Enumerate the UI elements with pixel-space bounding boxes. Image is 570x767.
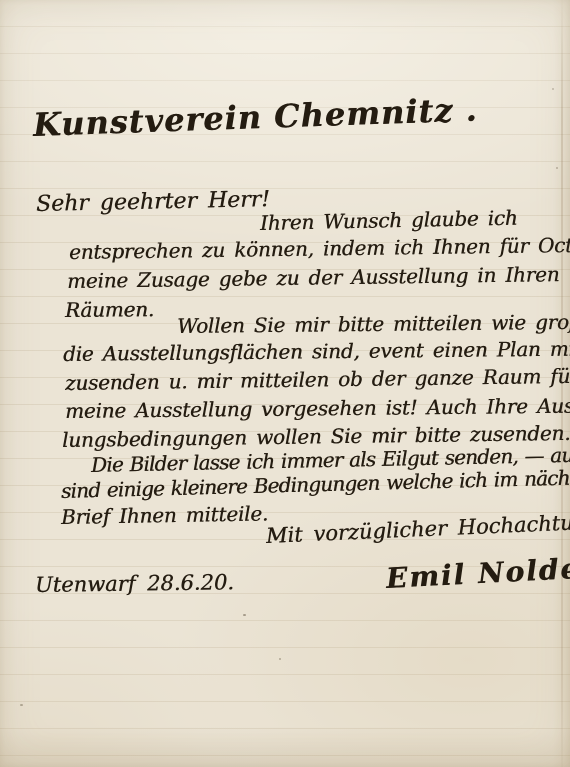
letter-body-line: meine Ausstellung vorgesehen ist! Auch I… xyxy=(65,393,570,423)
letter-heading: Kunstverein Chemnitz . xyxy=(32,90,478,143)
letter-place-date: Utenwarf 28.6.20. xyxy=(35,570,234,597)
letter-body-line: Räumen. xyxy=(65,297,154,322)
letter-paper: Kunstverein Chemnitz . Sehr geehrter Her… xyxy=(0,0,570,767)
letter-body-line: Ihren Wunsch glaube ich xyxy=(260,206,518,235)
letter-body-line: Wollen Sie mir bitte mitteilen wie groß xyxy=(177,310,570,338)
letter-body-line: entsprechen zu können, indem ich Ihnen f… xyxy=(69,233,570,264)
paper-speck xyxy=(20,704,23,706)
paper-speck xyxy=(552,88,554,90)
paper-speck xyxy=(243,614,246,616)
letter-body-line: zusenden u. mir mitteilen ob der ganze R… xyxy=(65,364,570,395)
letter-signature: Emil Nolde. xyxy=(385,551,570,595)
letter-body-line: die Ausstellungsflächen sind, event eine… xyxy=(63,337,570,366)
paper-speck xyxy=(556,167,558,169)
letter-body-line: meine Zusage gebe zu der Ausstellung in … xyxy=(67,262,560,293)
letter-body-line: Brief Ihnen mitteile. xyxy=(61,501,268,529)
letter-closing: Mit vorzüglicher Hochachtung xyxy=(265,509,570,548)
letter-salutation: Sehr geehrter Herr! xyxy=(36,187,271,217)
paper-speck xyxy=(279,658,281,660)
